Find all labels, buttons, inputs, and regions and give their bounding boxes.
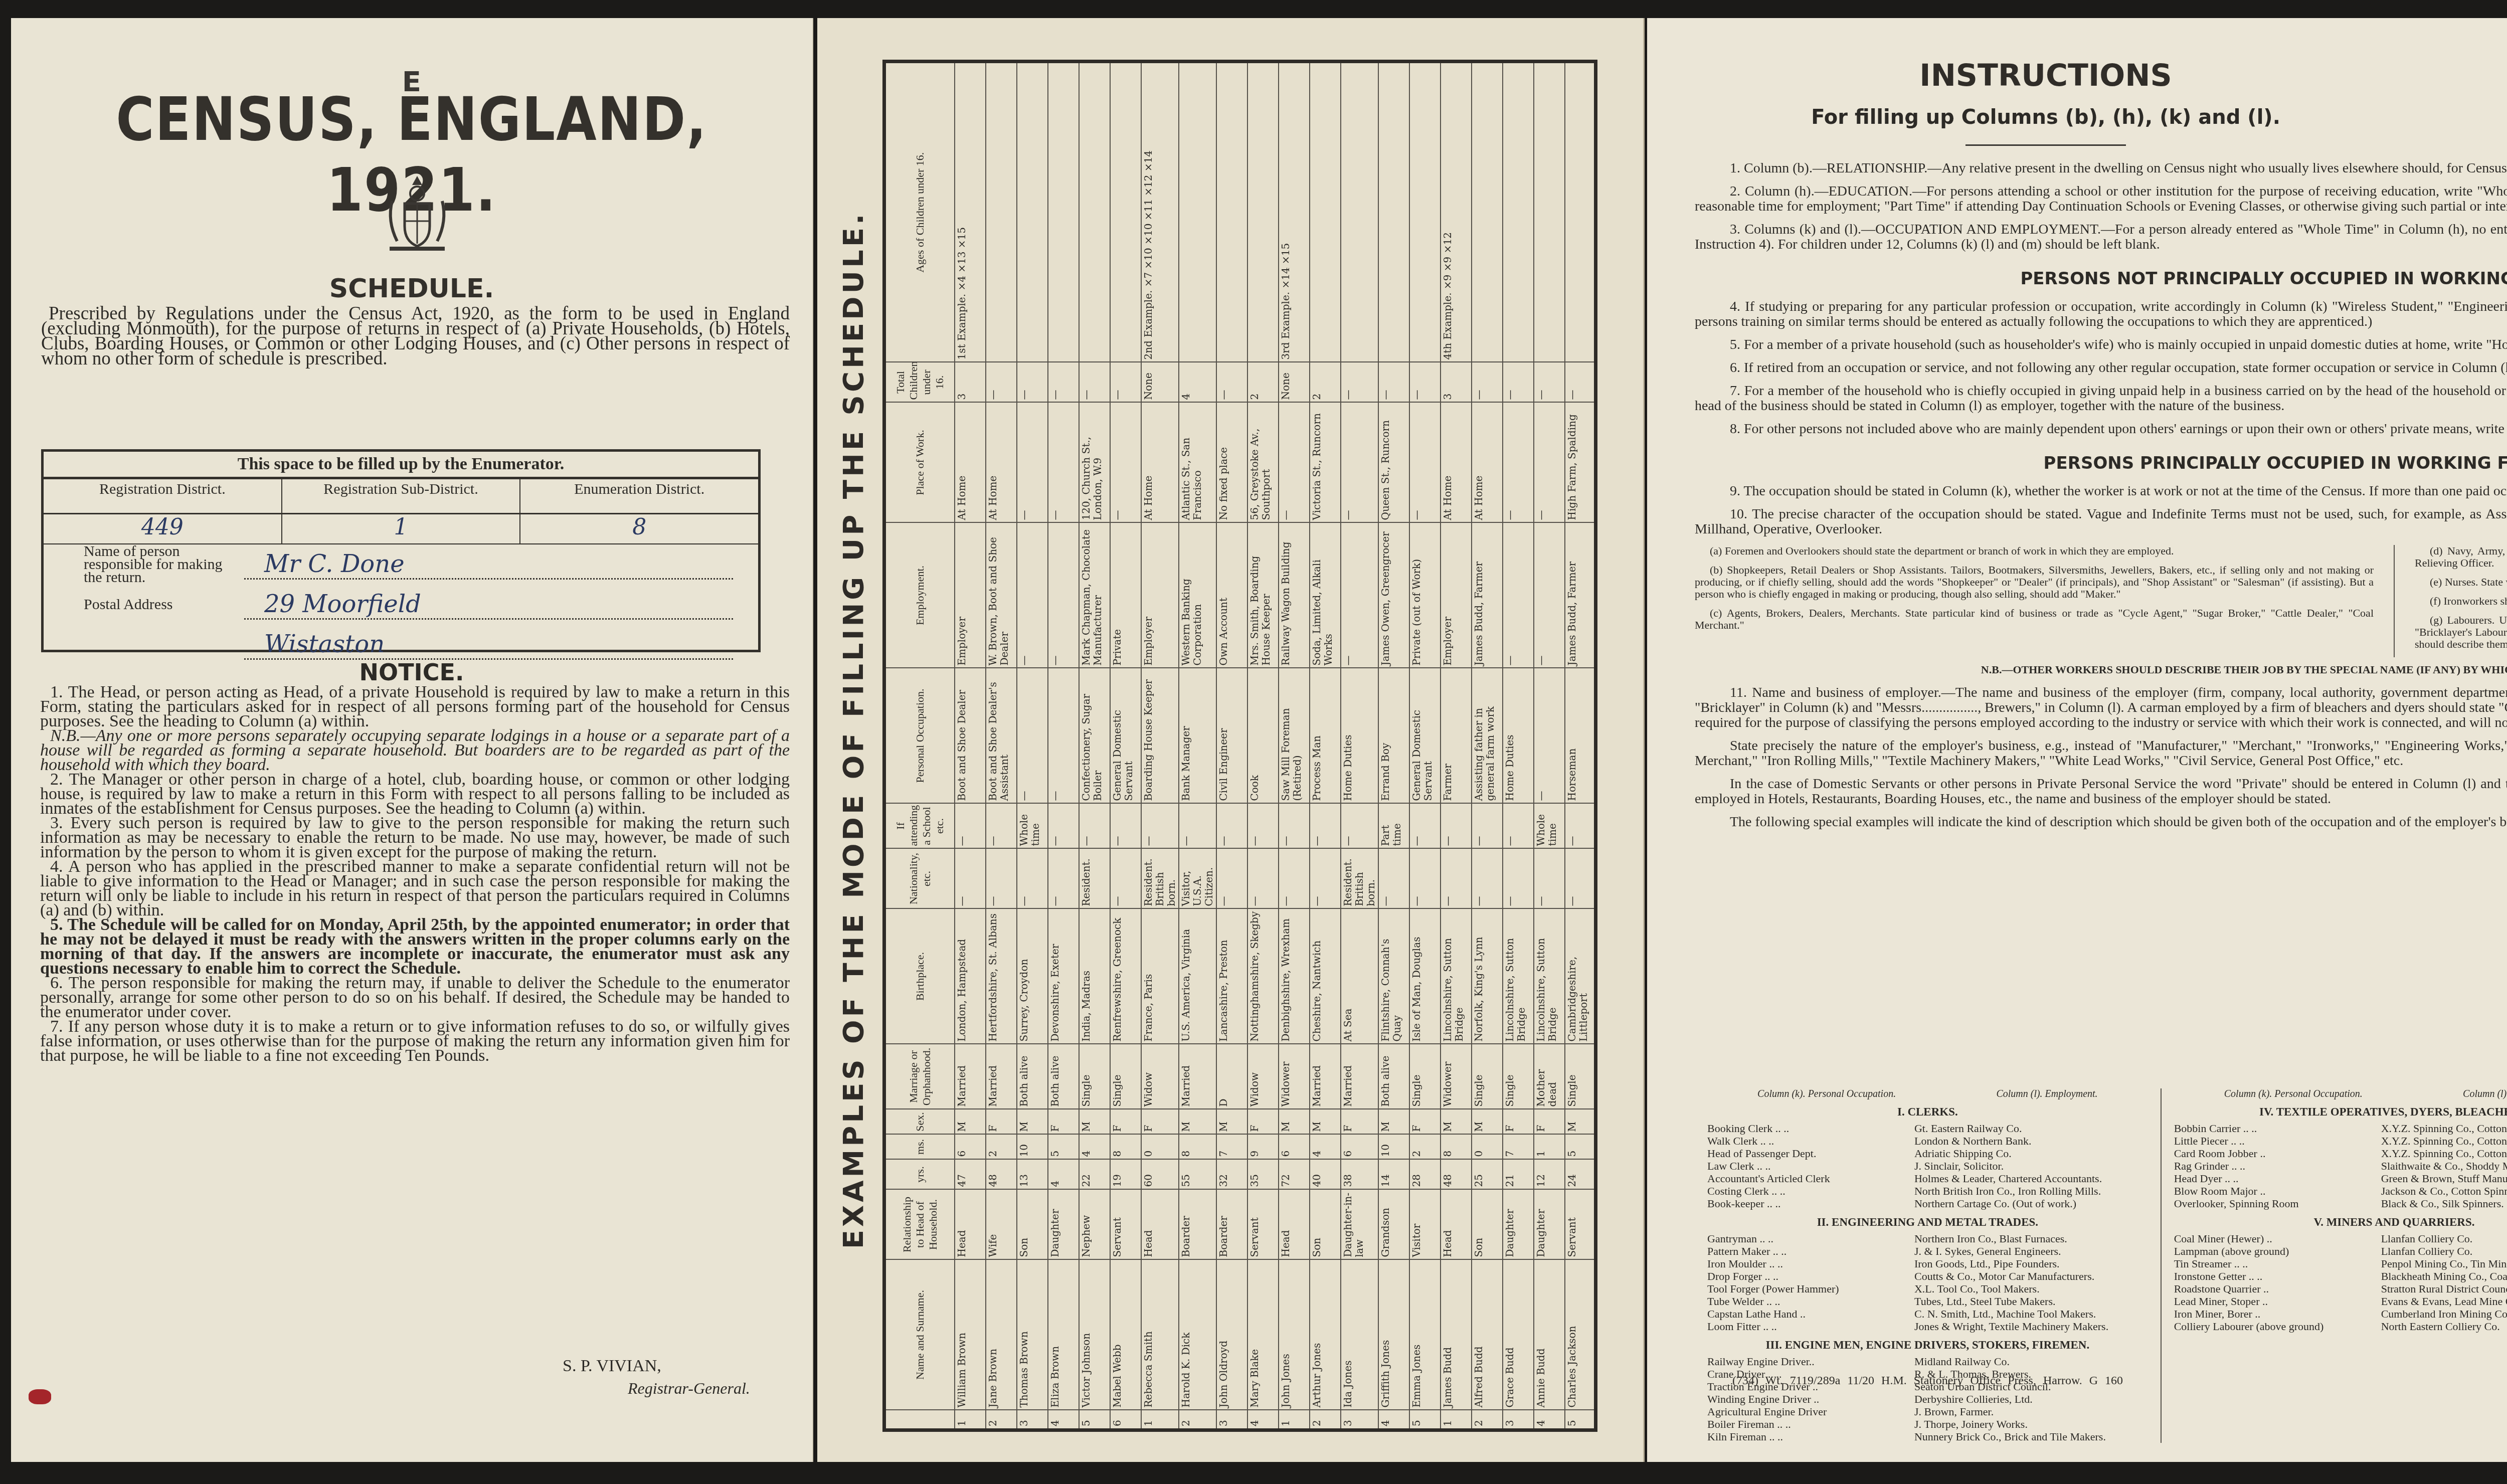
employer-text: Northern Iron Co., Blast Furnaces. [1914,1232,2148,1245]
employer-text: J. & I. Sykes, General Engineers. [1914,1245,2148,1257]
table-row: 2Harold K. DickBoarder558MMarriedU.S. Am… [1179,62,1216,1430]
cell-sex: M [1179,1109,1216,1135]
registration-district-field[interactable]: 449 [44,514,282,543]
registration-sub-district-field[interactable]: 1 [282,514,521,543]
cell-ms: 8 [1110,1135,1141,1160]
cell-birthplace: U.S. America, Virginia [1179,909,1216,1044]
instruction-9: 9. The occupation should be stated in Co… [1695,484,2507,499]
cell-school: — [1310,804,1341,849]
cell-yrs: 12 [1534,1160,1565,1190]
cell-place: 120, Church St., London, W.9 [1079,403,1110,523]
cell-children-ages [1565,62,1596,362]
cell-marriage: Single [1409,1044,1441,1109]
cell-school: — [1503,804,1534,849]
cell-school: — [1409,804,1441,849]
instructions-subtitle: For filling up Columns (b), (h), (k) and… [1647,106,2444,129]
table-row: 2Jane BrownWife482FMarriedHertfordshire,… [986,62,1017,1430]
notice-item-3: 3. Every such person is required by law … [40,816,790,859]
notice-nb: N.B.—Any one or more persons separately … [40,728,790,772]
table-row: 1John JonesHead726MWidowerDenbighshire, … [1279,62,1310,1430]
preamble-text: Prescribed by Regulations under the Cens… [41,306,790,366]
occupation-text: Rag Grinder .. .. [2174,1160,2381,1172]
occupation-text: Head Dyer .. .. [2174,1172,2381,1185]
cell-marriage: Both alive [1378,1044,1409,1109]
cell-marriage: Both alive [1017,1044,1048,1109]
list-item: Blow Room Major ..Jackson & Co., Cotton … [2174,1185,2507,1197]
cell-occupation: Confectionery, Sugar Boiler [1079,668,1110,804]
cell-children-ages [1017,62,1048,362]
examples-table: Name and Surname. Relationship to Head o… [882,60,1597,1432]
cell-children-ages [1110,62,1141,362]
cell-ms: 0 [1472,1135,1503,1160]
employer-text: Iron Goods, Ltd., Pipe Founders. [1914,1257,2148,1270]
list-item: Rag Grinder .. ..Slaithwaite & Co., Shod… [2174,1160,2507,1172]
col-school: If attending a School etc. [884,804,955,849]
cell-children-ages: 3rd Example. ×14 ×15 [1279,62,1310,362]
occupation-text: Capstan Lathe Hand .. [1707,1308,1914,1320]
cell-school: — [986,804,1017,849]
cell-total: 4 [1179,362,1216,403]
cell-employment: — [1503,523,1534,668]
cell-name: Ida Jones [1341,1260,1378,1410]
cell-employment: W. Brown, Boot and Shoe Dealer [986,523,1017,668]
table-row: 5Charles JacksonServant245MSingleCambrid… [1565,62,1596,1430]
cell-name: Annie Budd [1534,1260,1565,1410]
employer-text: Derbyshire Collieries, Ltd. [1914,1393,2148,1405]
cell-nationality: — [1441,849,1472,909]
cell-yrs: 28 [1409,1160,1441,1190]
postal-address-line2-field[interactable]: Wistaston [244,630,733,660]
table-row: 2Arthur JonesSon404MMarriedCheshire, Nan… [1310,62,1341,1430]
list-item: Boiler Fireman .. ..J. Thorpe, Joinery W… [1707,1418,2148,1430]
cell-rel: Boarder [1179,1190,1216,1260]
cell-place: Atlantic St., San Francisco [1179,403,1216,523]
occupation-text: Drop Forger .. .. [1707,1270,1914,1282]
list-item: Coal Miner (Hewer) ..Llanfan Colliery Co… [2174,1232,2507,1245]
cell-sex: M [1472,1109,1503,1135]
column-l-heading: Column (l). Employment. [2463,1088,2507,1099]
cell-nationality: — [1048,849,1079,909]
employer-text: Stratton Rural District Council. [2381,1282,2507,1295]
notice-heading: NOTICE. [11,659,812,686]
cell-rel: Daughter [1534,1190,1565,1260]
registration-district-label: Registration District. [44,479,282,513]
cell-sex: F [1247,1109,1279,1135]
employer-text: Black & Co., Silk Spinners. [2381,1197,2507,1210]
signature-title: Registrar-General. [628,1379,750,1398]
cell-nationality: — [1378,849,1409,909]
employer-text: Blackheath Mining Co., Coal & Iron Mines… [2381,1270,2507,1282]
cell-children-ages [1378,62,1409,362]
example-group-title: IV. TEXTILE OPERATIVES, DYERS, BLEACHERS… [2174,1105,2507,1118]
registration-sub-district-label: Registration Sub-District. [282,479,521,513]
cell-occupation: — [1048,668,1079,804]
table-row: 4Griffith JonesGrandson1410MBoth aliveFl… [1378,62,1409,1430]
cell-total: — [1110,362,1141,403]
cell-yrs: 4 [1048,1160,1079,1190]
table-row: 3Thomas BrownSon1310MBoth aliveSurrey, C… [1017,62,1048,1430]
cell-ms: 4 [1079,1135,1110,1160]
occupation-text: Costing Clerk .. .. [1707,1185,1914,1197]
list-item: Agricultural Engine DriverJ. Brown, Farm… [1707,1405,2148,1418]
cell-children-ages [1216,62,1247,362]
employer-text: X.Y.Z. Spinning Co., Cotton Spinners. [2381,1147,2507,1160]
cell-nationality: — [1409,849,1441,909]
cell-yrs: 22 [1079,1160,1110,1190]
cell-birthplace: Lancashire, Preston [1216,909,1247,1044]
employer-text: Cumberland Iron Mining Co. [2381,1308,2507,1320]
cell-place: — [1341,403,1378,523]
cell-rel: Daughter-in-law [1341,1190,1378,1260]
example-group-title: III. ENGINE MEN, ENGINE DRIVERS, STOKERS… [1707,1339,2148,1351]
cell-ms: 8 [1179,1135,1216,1160]
cell-occupation: General Domestic Servant [1409,668,1441,804]
cell-rel: Head [1279,1190,1310,1260]
instructions-title: INSTRUCTIONS [1647,58,2444,93]
employer-text: Gt. Eastern Railway Co. [1914,1122,2148,1135]
enumeration-district-field[interactable]: 8 [520,514,758,543]
list-item: Loom Fitter .. ..Jones & Wright, Textile… [1707,1320,2148,1333]
cell-name: Mabel Webb [1110,1260,1141,1410]
list-item: Pattern Maker .. ..J. & I. Sykes, Genera… [1707,1245,2148,1257]
table-row: 4Eliza BrownDaughter45FBoth aliveDevonsh… [1048,62,1079,1430]
enumerator-box: This space to be filled up by the Enumer… [41,449,761,652]
notice-item-2: 2. The Manager or other person in charge… [40,772,790,816]
cell-total: — [1378,362,1409,403]
occupation-text: Gantryman .. .. [1707,1232,1914,1245]
employer-text: Tubes, Ltd., Steel Tube Makers. [1914,1295,2148,1308]
cell-no: 3 [1341,1410,1378,1430]
cell-marriage: Married [1179,1044,1216,1109]
cell-employment: Mrs. Smith, Boarding House Keeper [1247,523,1279,668]
col-sex: Sex. [884,1109,955,1135]
cell-no: 3 [1503,1410,1534,1430]
occupation-text: Railway Engine Driver.. [1707,1355,1914,1368]
example-group-title: V. MINERS AND QUARRIERS. [2174,1216,2507,1228]
employer-text: Jackson & Co., Cotton Spinners. [2381,1185,2507,1197]
occupation-text: Lampman (above ground) [2174,1245,2381,1257]
cell-school: — [955,804,986,849]
cell-sex: M [1310,1109,1341,1135]
section-occupied-heading: PERSONS PRINCIPALLY OCCUPIED IN WORKING … [1695,456,2507,471]
cell-place: — [1048,403,1079,523]
instruction-11-para-2: State precisely the nature of the employ… [1695,738,2507,769]
cell-name: Grace Budd [1503,1260,1534,1410]
col-total-children: Total Children under 16. [884,362,955,403]
occupation-text: Little Piecer .. .. [2174,1135,2381,1147]
cell-birthplace: At Sea [1341,909,1378,1044]
examples-column-2: Column (k). Personal Occupation.Column (… [2161,1088,2507,1443]
col-age-ms: ms. [884,1135,955,1160]
cell-place: At Home [1441,403,1472,523]
employer-text: Midland Railway Co. [1914,1355,2148,1368]
cell-employment: — [1017,523,1048,668]
cell-birthplace: Lincolnshire, Sutton Bridge [1441,909,1472,1044]
occupation-text: Blow Room Major .. [2174,1185,2381,1197]
cell-employment: Employer [1141,523,1179,668]
cell-school: — [1179,804,1216,849]
list-item: Drop Forger .. ..Coutts & Co., Motor Car… [1707,1270,2148,1282]
occupation-text: Boiler Fireman .. .. [1707,1418,1914,1430]
occupation-text: Iron Miner, Borer .. [2174,1308,2381,1320]
employer-text: Coutts & Co., Motor Car Manufacturers. [1914,1270,2148,1282]
cell-ms: 7 [1503,1135,1534,1160]
cell-total: None [1279,362,1310,403]
cell-employment: Employer [955,523,986,668]
occupation-text: Head of Passenger Dept. [1707,1147,1914,1160]
cell-children-ages [1341,62,1378,362]
cell-total: — [1048,362,1079,403]
cell-place: No fixed place [1216,403,1247,523]
list-item: Railway Engine Driver..Midland Railway C… [1707,1355,2148,1368]
employer-text: J. Brown, Farmer. [1914,1405,2148,1418]
cell-ms: 2 [986,1135,1017,1160]
cell-place: Queen St., Runcorn [1378,403,1409,523]
instructions-page: INSTRUCTIONS For filling up Columns (b),… [1647,18,2507,1462]
example-group-title: II. ENGINEERING AND METAL TRADES. [1707,1216,2148,1228]
cell-ms: 7 [1216,1135,1247,1160]
cell-ms: 6 [1341,1135,1378,1160]
cell-rel: Servant [1247,1190,1279,1260]
occupation-text: Pattern Maker .. .. [1707,1245,1914,1257]
postal-address-line1-field[interactable]: 29 Moorfield [244,590,733,620]
cell-ms: 0 [1141,1135,1179,1160]
cell-name: Charles Jackson [1565,1260,1596,1410]
employer-text: North Eastern Colliery Co. [2381,1320,2507,1333]
cell-ms: 10 [1378,1135,1409,1160]
cell-children-ages [1179,62,1216,362]
table-row: 1James BuddHead488MWidowerLincolnshire, … [1441,62,1472,1430]
notice-item-7: 7. If any person whose duty it is to mak… [40,1019,790,1063]
table-header-row: Name and Surname. Relationship to Head o… [884,62,955,1430]
occupation-text: Agricultural Engine Driver [1707,1405,1914,1418]
cell-employment: Private (out of Work) [1409,523,1441,668]
cell-school: — [1441,804,1472,849]
cell-occupation: General Domestic Servant [1110,668,1141,804]
notice-item-6: 6. The person responsible for making the… [40,976,790,1019]
cell-nationality: — [1247,849,1279,909]
employer-text: J. Thorpe, Joinery Works. [1914,1418,2148,1430]
list-item: Law Clerk .. ..J. Sinclair, Solicitor. [1707,1160,2148,1172]
cell-nationality: Resident. British born. [1141,849,1179,909]
table-row: 3Ida JonesDaughter-in-law386FMarriedAt S… [1341,62,1378,1430]
cell-ms: 2 [1409,1135,1441,1160]
cell-total: 2 [1310,362,1341,403]
cell-birthplace: Denbighshire, Wrexham [1279,909,1310,1044]
list-item: Accountant's Articled ClerkHolmes & Lead… [1707,1172,2148,1185]
cell-name: Emma Jones [1409,1260,1441,1410]
cell-sex: F [1141,1109,1179,1135]
subsection-e: (e) Nurses. State whether "Nurse (Domest… [2415,576,2507,588]
cell-nationality: — [955,849,986,909]
cell-school: — [1079,804,1110,849]
cell-yrs: 21 [1503,1160,1534,1190]
cell-name: John Jones [1279,1260,1310,1410]
cell-no: 2 [1179,1410,1216,1430]
cell-occupation: Errand Boy [1378,668,1409,804]
cell-sex: M [955,1109,986,1135]
printer-imprint: (734) Wt. 7119/289a 11/20 H.M. Stationer… [1732,1374,2123,1388]
list-item: Card Room Jobber ..X.Y.Z. Spinning Co., … [2174,1147,2507,1160]
cell-rel: Wife [986,1190,1017,1260]
cell-birthplace: Cheshire, Nantwich [1310,909,1341,1044]
occupation-text: Tin Streamer .. .. [2174,1257,2381,1270]
cell-marriage: Single [1472,1044,1503,1109]
employer-text: Evans & Evans, Lead Mine Owners. [2381,1295,2507,1308]
cell-yrs: 25 [1472,1160,1503,1190]
cell-birthplace: India, Madras [1079,909,1110,1044]
occupation-text: Winding Engine Driver .. [1707,1393,1914,1405]
occupation-text: Lead Miner, Stoper .. [2174,1295,2381,1308]
table-row: 1William BrownHead476MMarriedLondon, Ham… [955,62,986,1430]
cell-yrs: 19 [1110,1160,1141,1190]
notice-item-1: 1. The Head, or person acting as Head, o… [40,685,790,728]
cell-no: 4 [1247,1410,1279,1430]
cell-employment: Employer [1441,523,1472,668]
cell-sex: M [1216,1109,1247,1135]
cell-yrs: 13 [1017,1160,1048,1190]
cell-no: 5 [1079,1410,1110,1430]
cell-sex: F [1110,1109,1141,1135]
occupation-text: Booking Clerk .. .. [1707,1122,1914,1135]
cell-marriage: Widow [1247,1044,1279,1109]
cell-no: 1 [1279,1410,1310,1430]
cell-yrs: 40 [1310,1160,1341,1190]
cell-sex: F [1341,1109,1378,1135]
column-headings: Column (k). Personal Occupation.Column (… [1707,1088,2148,1099]
list-item: Head of Passenger Dept.Adriatic Shipping… [1707,1147,2148,1160]
col-place-of-work: Place of Work. [884,403,955,523]
cell-birthplace: Renfrewshire, Greenock [1110,909,1141,1044]
occupation-text: Roadstone Quarrier .. [2174,1282,2381,1295]
cell-children-ages [1310,62,1341,362]
table-row: 2Alfred BuddSon250MSingleNorfolk, King's… [1472,62,1503,1430]
cell-children-ages [1472,62,1503,362]
cell-place: — [1503,403,1534,523]
cell-birthplace: Cambridgeshire, Littleport [1565,909,1596,1044]
list-item: Capstan Lathe Hand ..C. N. Smith, Ltd., … [1707,1308,2148,1320]
list-item: Head Dyer .. ..Green & Brown, Stuff Manu… [2174,1172,2507,1185]
cell-school: — [1565,804,1596,849]
list-item: Costing Clerk .. ..North British Iron Co… [1707,1185,2148,1197]
cell-marriage: Widower [1441,1044,1472,1109]
cell-place: — [1534,403,1565,523]
cell-yrs: 38 [1341,1160,1378,1190]
employer-text: C. N. Smith, Ltd., Machine Tool Makers. [1914,1308,2148,1320]
examples-title: EXAMPLES OF THE MODE OF FILLING UP THE S… [837,78,870,1382]
cell-nationality: — [1216,849,1247,909]
cell-school: — [1216,804,1247,849]
occupation-text: Overlooker, Spinning Room [2174,1197,2381,1210]
cell-place: — [1409,403,1441,523]
cell-occupation: Civil Engineer [1216,668,1247,804]
instruction-7: 7. For a member of the household who is … [1695,384,2507,414]
cell-sex: F [1409,1109,1441,1135]
cell-children-ages: 2nd Example. ×7 ×10 ×10 ×11 ×12 ×14 [1141,62,1179,362]
cell-rel: Head [1141,1190,1179,1260]
cell-employment: James Budd, Farmer [1472,523,1503,668]
enumeration-district-label: Enumeration District. [520,479,758,513]
cell-school: Whole time [1534,804,1565,849]
nb-line: N.B.—OTHER WORKERS SHOULD DESCRIBE THEIR… [1695,662,2507,677]
occupation-text: Card Room Jobber .. [2174,1147,2381,1160]
cell-no: 5 [1565,1410,1596,1430]
cell-total: — [1216,362,1247,403]
subsection-b: (b) Shopkeepers, Retail Dealers or Shop … [1695,564,2374,600]
cell-occupation: Boot and Shoe Dealer's Assistant [986,668,1017,804]
cell-marriage: Single [1110,1044,1141,1109]
cell-employment: — [1048,523,1079,668]
cell-marriage: Single [1079,1044,1110,1109]
cell-ms: 6 [955,1135,986,1160]
responsible-person-field[interactable]: Mr C. Done [244,550,733,580]
cell-birthplace: Flintshire, Connah's Quay [1378,909,1409,1044]
instruction-3: 3. Columns (k) and (l).—OCCUPATION AND E… [1695,222,2507,252]
occupation-text: Coal Miner (Hewer) .. [2174,1232,2381,1245]
occupation-examples: Column (k). Personal Occupation.Column (… [1695,1088,2507,1443]
cell-marriage: Married [1310,1044,1341,1109]
cell-total: 3 [955,362,986,403]
schedule-heading: SCHEDULE. [11,274,812,304]
cell-yrs: 48 [986,1160,1017,1190]
cell-school: Whole time [1017,804,1048,849]
cell-sex: F [1503,1109,1534,1135]
list-item: Booking Clerk .. ..Gt. Eastern Railway C… [1707,1122,2148,1135]
instruction-1: 1. Column (b).—RELATIONSHIP.—Any relativ… [1695,161,2507,176]
table-row: 5Victor JohnsonNephew224MSingleIndia, Ma… [1079,62,1110,1430]
cell-occupation: — [1017,668,1048,804]
cell-birthplace: London, Hampstead [955,909,986,1044]
subsection-c: (c) Agents, Brokers, Dealers, Merchants.… [1695,607,2374,631]
cell-marriage: Married [986,1044,1017,1109]
cell-school: — [1341,804,1378,849]
instruction-11: 11. Name and business of employer.—The n… [1695,685,2507,730]
cell-birthplace: Surrey, Croydon [1017,909,1048,1044]
cell-nationality: — [1472,849,1503,909]
list-item: Tube Welder .. ..Tubes, Ltd., Steel Tube… [1707,1295,2148,1308]
cell-ms: 5 [1565,1135,1596,1160]
cell-total: 2 [1247,362,1279,403]
occupation-text: Iron Moulder .. .. [1707,1257,1914,1270]
employer-text: Adriatic Shipping Co. [1914,1147,2148,1160]
cell-school: — [1247,804,1279,849]
cell-yrs: 48 [1441,1160,1472,1190]
occupation-text: Tube Welder .. .. [1707,1295,1914,1308]
cell-school: — [1110,804,1141,849]
cell-occupation: Saw Mill Foreman (Retired) [1279,668,1310,804]
cell-occupation: Home Duties [1503,668,1534,804]
notice-body: 1. The Head, or person acting as Head, o… [40,685,790,1063]
instruction-6: 6. If retired from an occupation or serv… [1695,360,2507,376]
occupation-text: Accountant's Articled Clerk [1707,1172,1914,1185]
employer-text: North British Iron Co., Iron Rolling Mil… [1914,1185,2148,1197]
cell-birthplace: Lincolnshire, Sutton Bridge [1534,909,1565,1044]
cell-school: — [1279,804,1310,849]
employer-text: Llanfan Colliery Co. [2381,1232,2507,1245]
cell-place: At Home [986,403,1017,523]
cell-name: William Brown [955,1260,986,1410]
cell-nationality: — [1310,849,1341,909]
list-item: Gantryman .. ..Northern Iron Co., Blast … [1707,1232,2148,1245]
cell-total: — [1341,362,1378,403]
cell-nationality: — [986,849,1017,909]
cell-children-ages [1409,62,1441,362]
cell-no: 4 [1378,1410,1409,1430]
cell-total: — [1472,362,1503,403]
cell-birthplace: Nottinghamshire, Skegby [1247,909,1279,1044]
list-item: Little Piecer .. ..X.Y.Z. Spinning Co., … [2174,1135,2507,1147]
royal-coat-of-arms-icon [382,173,452,259]
